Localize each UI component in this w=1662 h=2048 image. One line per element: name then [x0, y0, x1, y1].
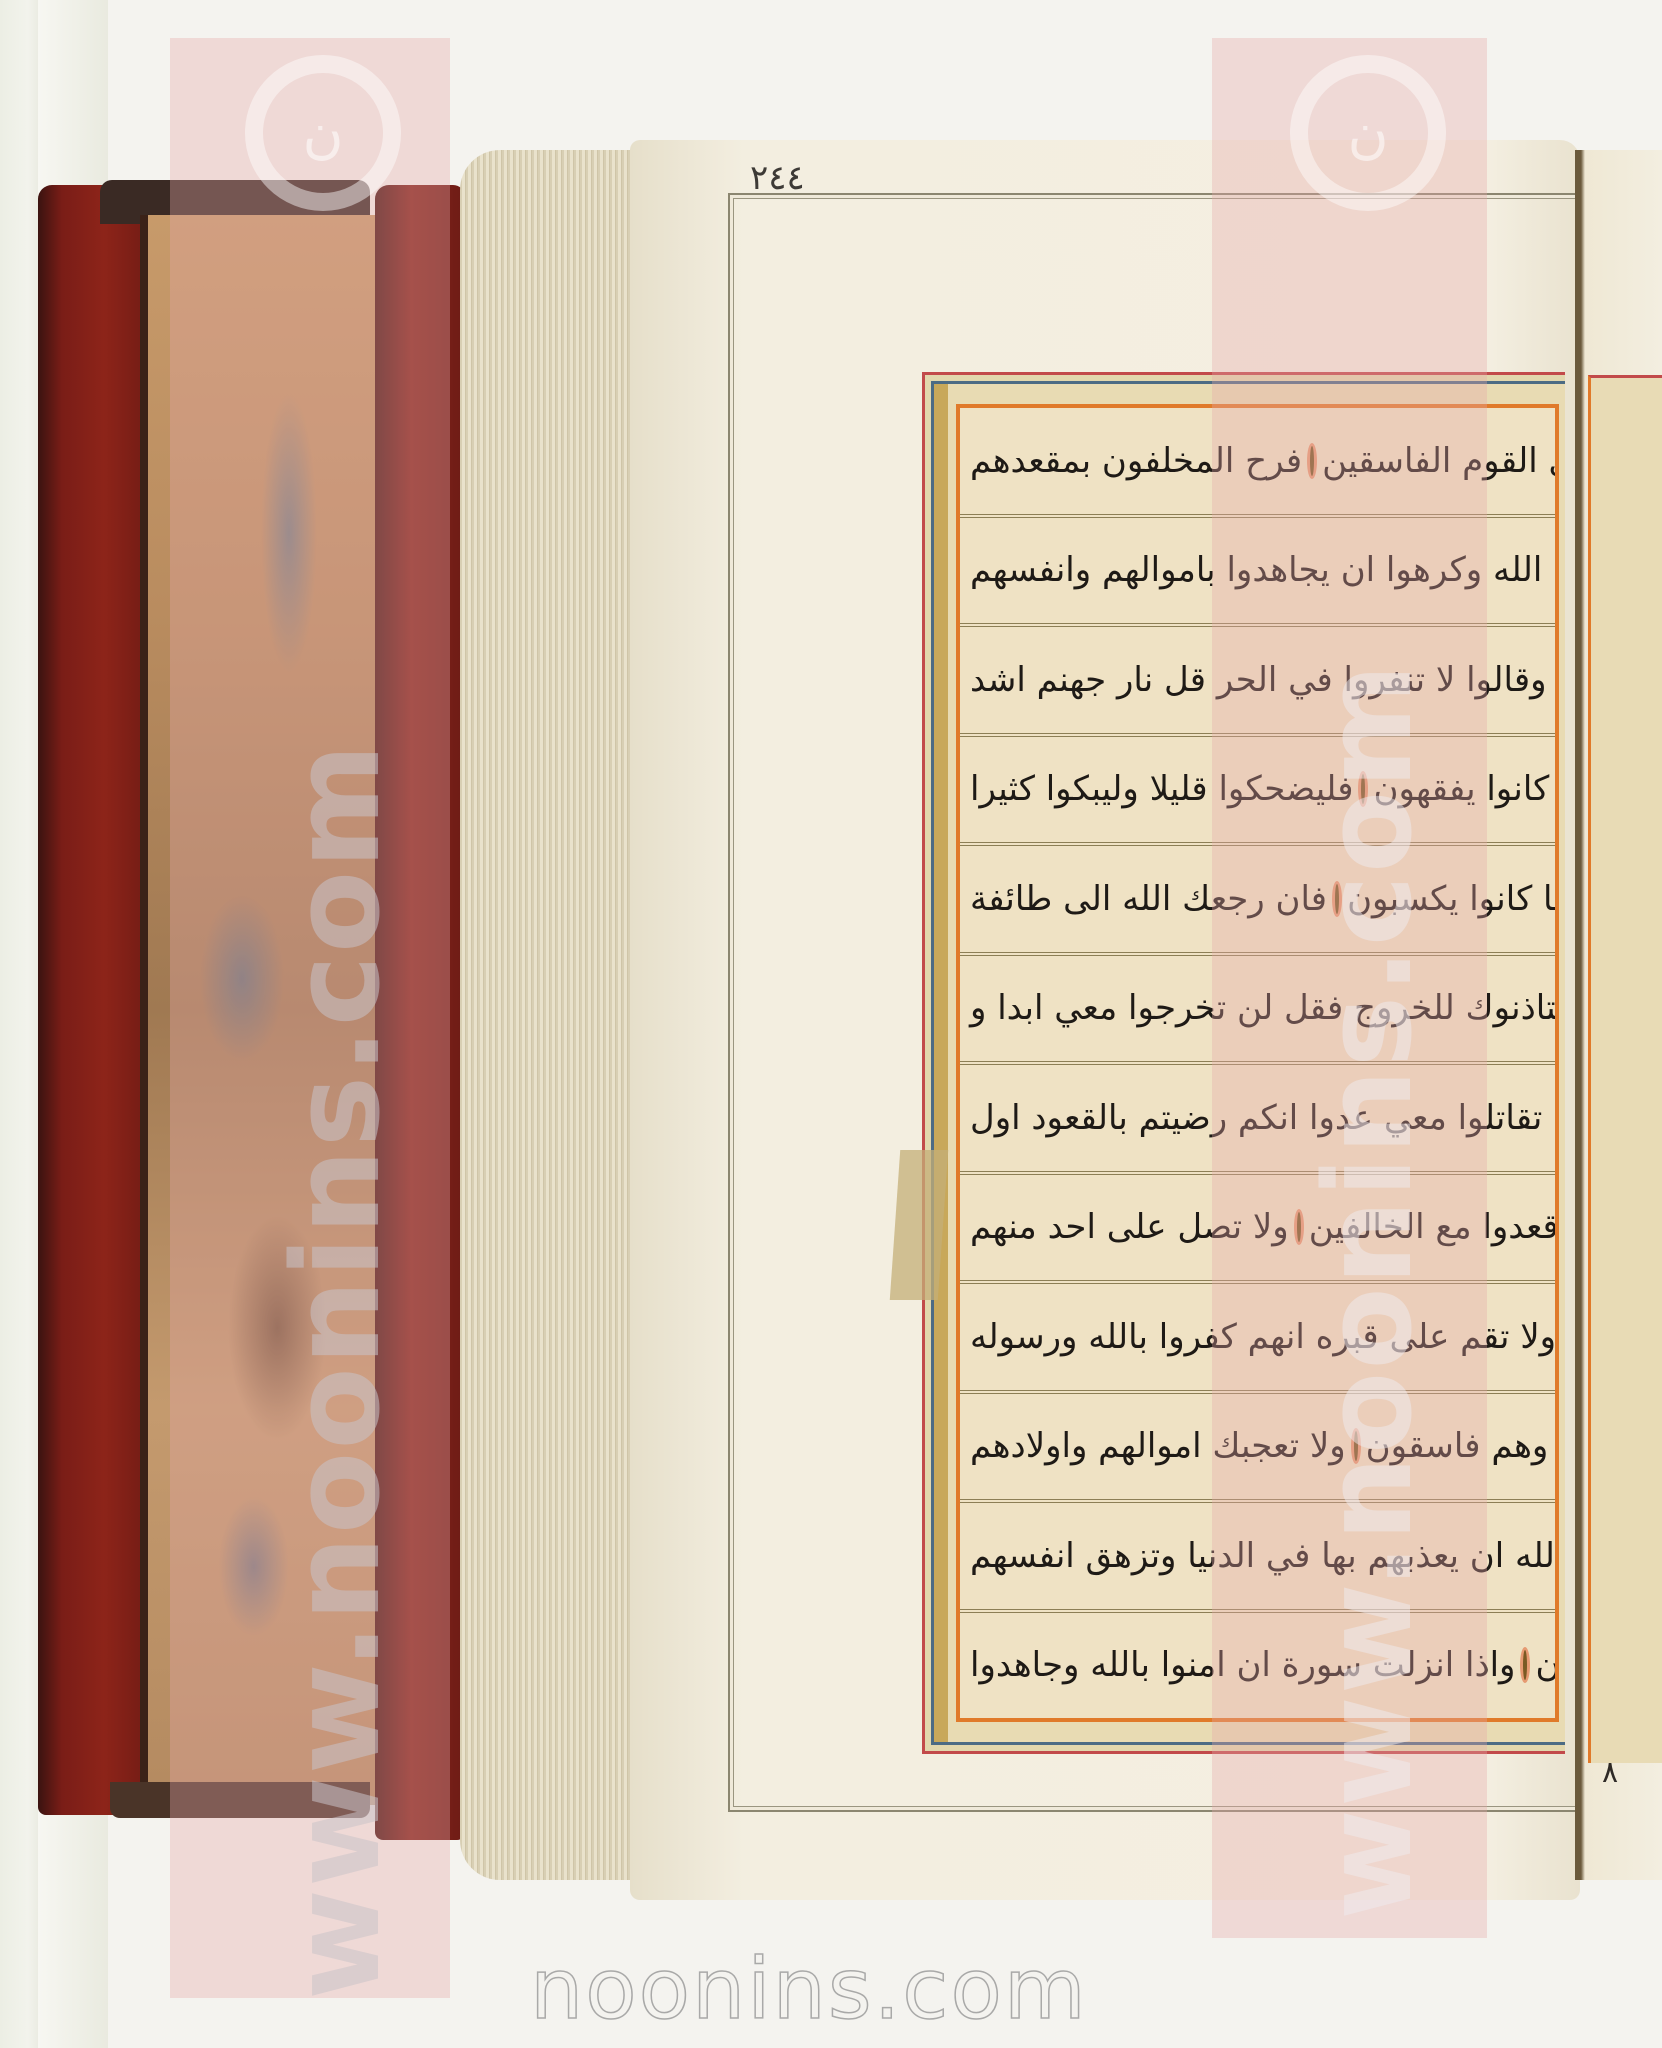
fore-edge-page-block — [460, 150, 650, 1880]
facing-page-number: ٨ — [1602, 1755, 1618, 1790]
line-text: وهم كافرون — [1535, 1645, 1555, 1685]
watermark-logo-icon: ن — [1290, 55, 1446, 211]
verse-marker-icon — [1523, 1650, 1527, 1680]
watermark-text-bottom: noonins.com — [530, 1940, 1088, 2038]
watermark-text-vertical: www.noonins.com — [268, 240, 407, 2000]
page-number: ٢٤٤ — [750, 158, 805, 198]
watermark-text-vertical: www.noonins.com — [1300, 260, 1439, 1920]
watermark-logo-icon: ن — [245, 55, 401, 211]
facing-page-text-frame — [1588, 375, 1662, 1763]
